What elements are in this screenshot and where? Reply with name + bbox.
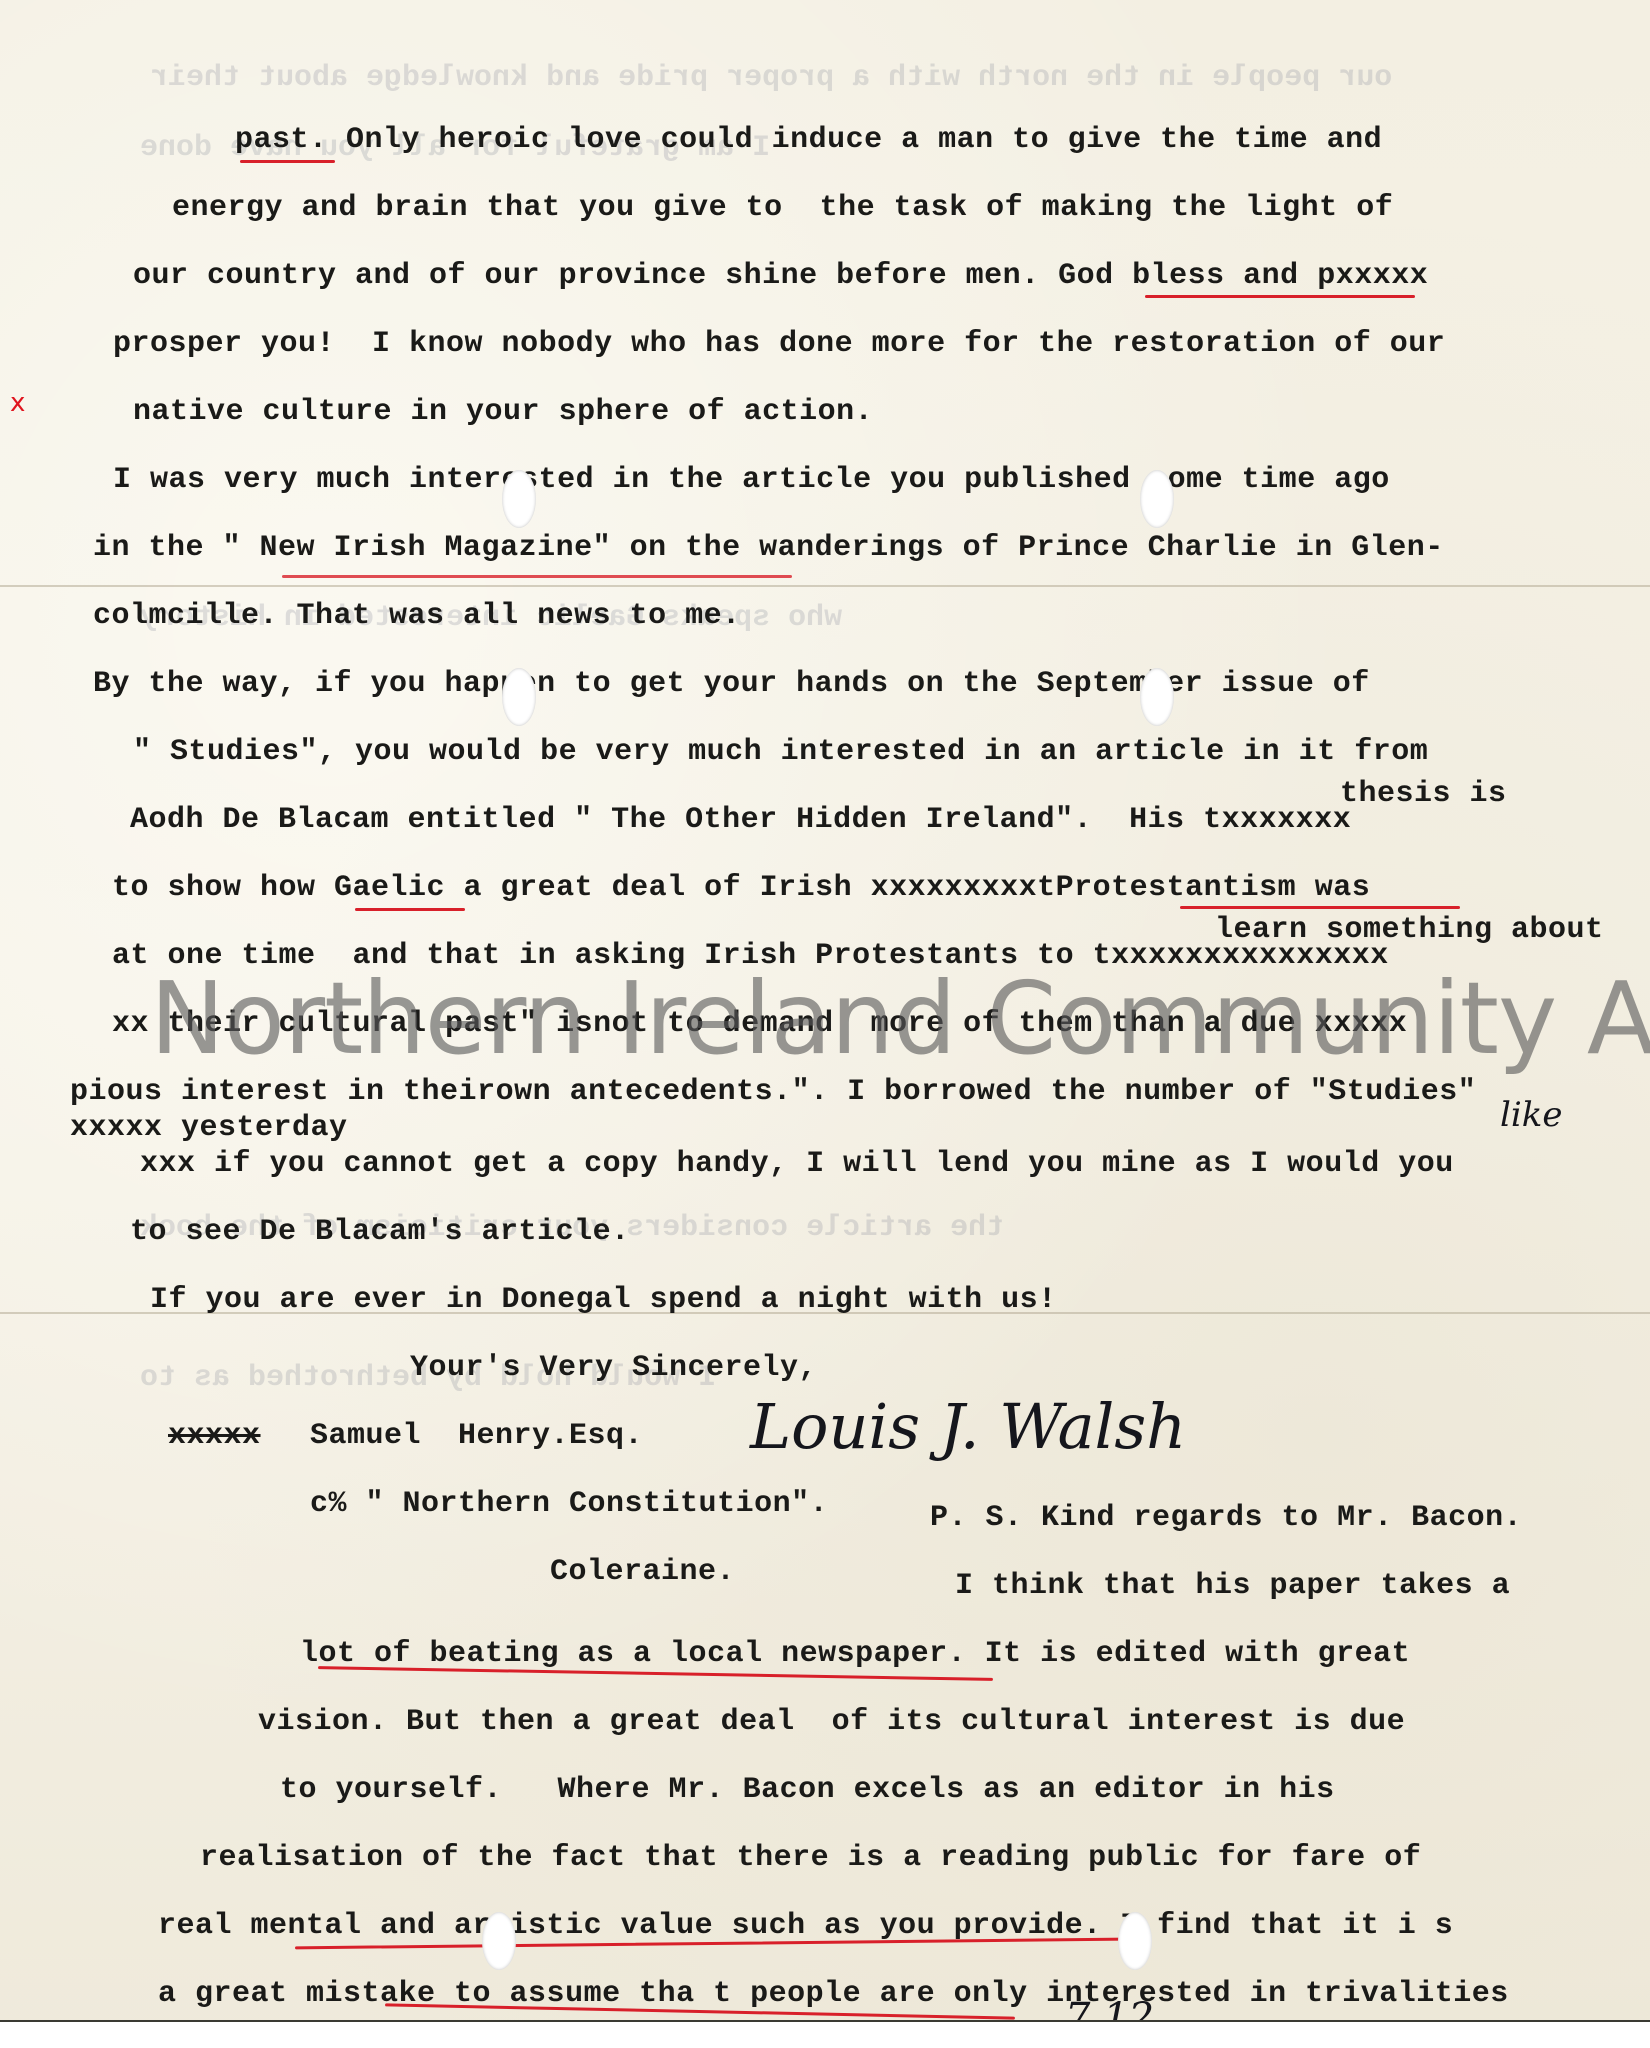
punch-hole <box>502 668 536 726</box>
page-edge <box>0 2020 1650 2048</box>
closing: Your's Very Sincerely, <box>410 1350 817 1386</box>
red-underline <box>282 575 792 578</box>
postscript-line: real mental and artistic value such as y… <box>158 1908 1453 1944</box>
postscript-line: a great mistake to assume tha t people a… <box>158 1976 1509 2012</box>
addressee-care-of: c% " Northern Constitution". <box>310 1486 828 1522</box>
letter-line: our country and of our province shine be… <box>133 258 1428 294</box>
postscript-first: P. S. Kind regards to Mr. Bacon. <box>930 1500 1522 1536</box>
punch-hole <box>502 470 536 528</box>
postscript-line: I think that his paper takes a <box>955 1568 1510 1604</box>
addressee-name: Samuel Henry.Esq. <box>310 1418 643 1454</box>
letter-line: in the " New Irish Magazine" on the wand… <box>93 530 1444 566</box>
letter-line: energy and brain that you give to the ta… <box>172 190 1393 226</box>
letter-line: I was very much interested in the articl… <box>113 462 1390 498</box>
red-underline <box>1180 906 1460 909</box>
letter-line: xxx if you cannot get a copy handy, I wi… <box>140 1146 1454 1182</box>
punch-hole <box>1140 470 1174 528</box>
red-underline <box>240 160 335 163</box>
letter-line: to see De Blacam's article. <box>130 1214 630 1250</box>
letter-line: prosper you! I know nobody who has done … <box>113 326 1445 362</box>
postscript-line: lot of beating as a local newspaper. It … <box>300 1636 1410 1672</box>
letter-line: xxxxx yesterday <box>70 1110 348 1146</box>
struck-text: xxxxx <box>168 1418 261 1454</box>
handwritten-insert: like <box>1500 1095 1562 1135</box>
punch-hole <box>1118 1912 1152 1970</box>
letter-line: pious interest in theirown antecedents."… <box>70 1074 1476 1110</box>
letter-line: " Studies", you would be very much inter… <box>133 734 1428 770</box>
letter-line: native culture in your sphere of action. <box>133 394 873 430</box>
postscript-line: realisation of the fact that there is a … <box>200 1840 1421 1876</box>
red-underline <box>355 908 465 911</box>
red-underline <box>1145 295 1415 298</box>
letter-line: to show how Gaelic a great deal of Irish… <box>112 870 1370 906</box>
insertion-text: thesis is <box>1340 776 1507 812</box>
letter-line: past. Only heroic love could induce a ma… <box>235 122 1382 158</box>
letter-line: colmcille. That was all news to me. <box>93 598 741 634</box>
bleed-through-text: our people in the north with a proper pr… <box>150 60 1392 96</box>
letter-line: By the way, if you happen to get your ha… <box>93 666 1370 702</box>
postscript-line: to yourself. Where Mr. Bacon excels as a… <box>280 1772 1335 1808</box>
punch-hole <box>482 1912 516 1970</box>
letter-line: If you are ever in Donegal spend a night… <box>150 1282 1057 1318</box>
watermark: Northern Ireland Community Archive <box>150 960 1650 1077</box>
postscript-line: vision. But then a great deal of its cul… <box>258 1704 1405 1740</box>
signature: Louis J. Walsh <box>750 1390 1186 1463</box>
paper-fold <box>0 585 1650 587</box>
addressee-town: Coleraine. <box>550 1554 735 1590</box>
punch-hole <box>1140 668 1174 726</box>
letter-line: Aodh De Blacam entitled " The Other Hidd… <box>130 802 1351 838</box>
margin-mark: x <box>10 388 25 418</box>
